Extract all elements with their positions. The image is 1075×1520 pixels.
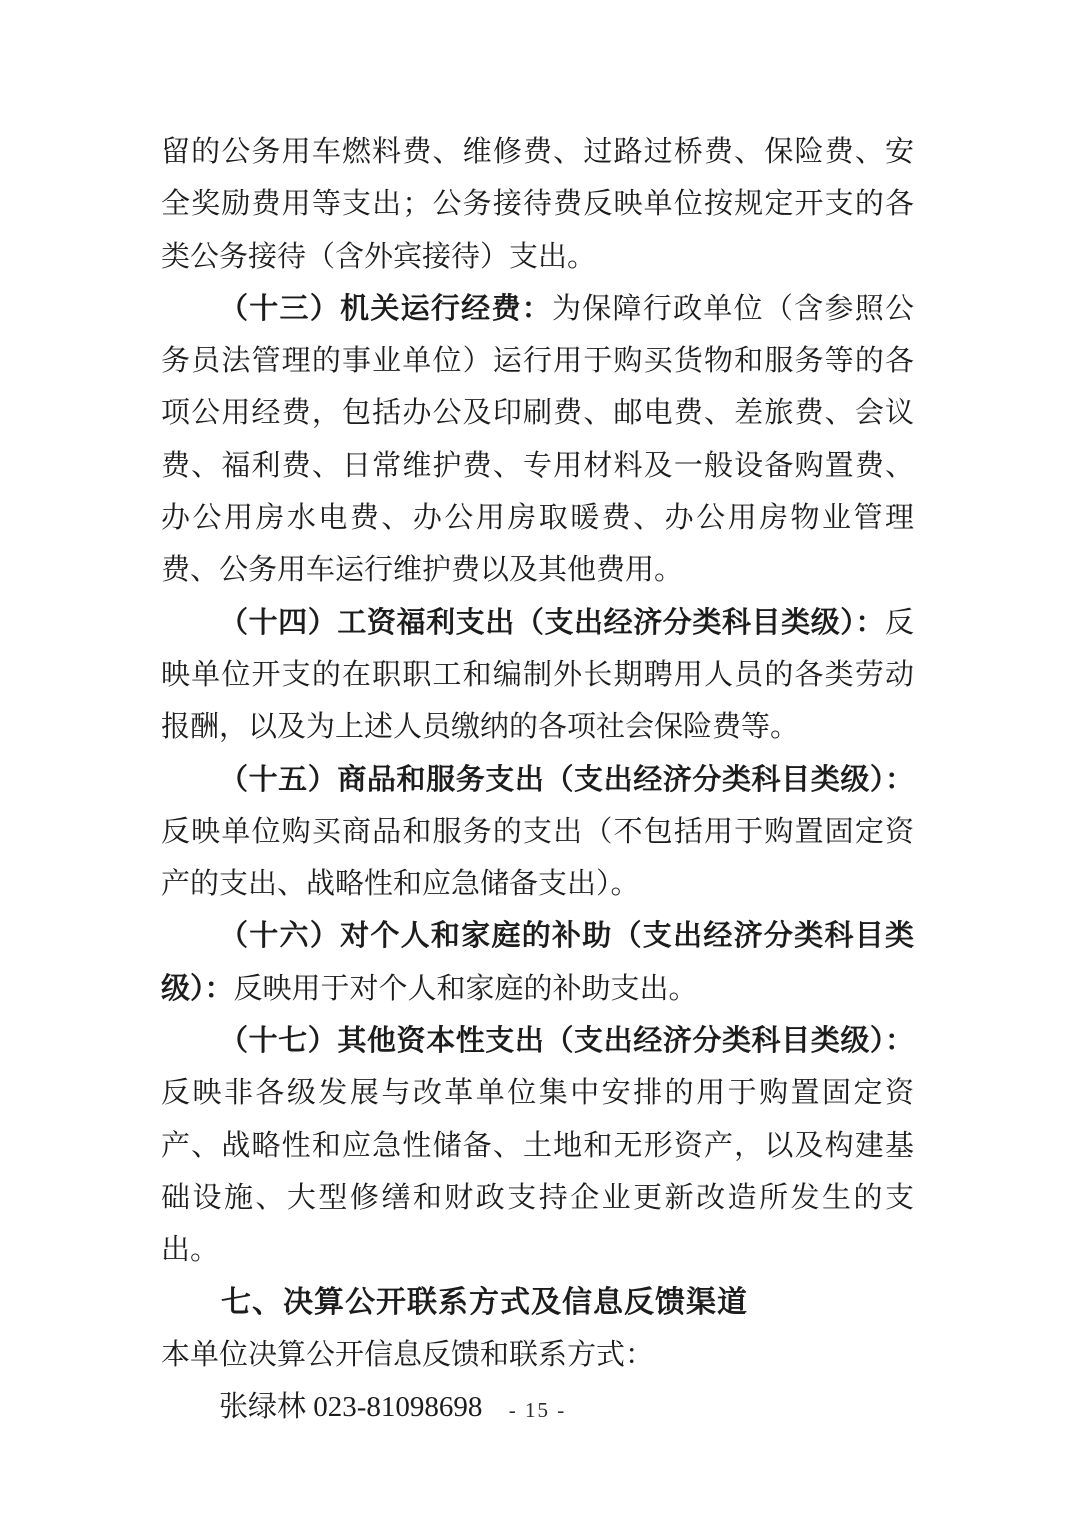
text-run: 反映单位购买商品和服务的支出（不包括用于购置固定资产的支出、战略性和应急储备支出… <box>161 816 914 900</box>
text-run: 七、决算公开联系方式及信息反馈渠道 <box>221 1286 748 1319</box>
page-footer: - 15 - <box>0 1398 1075 1423</box>
text-run: 为保障行政单位（含参照公务员法管理的事业单位）运行用于购买货物和服务等的各项公用… <box>161 293 914 586</box>
text-run: （十七）其他资本性支出（支出经济分类科目类级）： <box>219 1025 914 1057</box>
document-body: 留的公务用车燃料费、维修费、过路过桥费、保险费、安全奖励费用等支出；公务接待费反… <box>161 126 914 1433</box>
text-run: （十四）工资福利支出（支出经济分类科目类级）： <box>219 607 885 639</box>
para-item-17-other-capital-expenditure: （十七）其他资本性支出（支出经济分类科目类级）：反映非各级发展与改革单位集中安排… <box>161 1015 914 1276</box>
text-run: 反映用于对个人和家庭的补助支出。 <box>234 973 698 1005</box>
text-run: 反映非各级发展与改革单位集中安排的用于购置固定资产、战略性和应急性储备、土地和无… <box>161 1077 914 1266</box>
page-number: - 15 - <box>509 1398 567 1422</box>
para-carryover-vehicle-reception: 留的公务用车燃料费、维修费、过路过桥费、保险费、安全奖励费用等支出；公务接待费反… <box>161 126 914 283</box>
text-run: 留的公务用车燃料费、维修费、过路过桥费、保险费、安全奖励费用等支出；公务接待费反… <box>161 136 914 273</box>
document-page: 留的公务用车燃料费、维修费、过路过桥费、保险费、安全奖励费用等支出；公务接待费反… <box>0 0 1075 1520</box>
para-item-15-goods-services: （十五）商品和服务支出（支出经济分类科目类级）：反映单位购买商品和服务的支出（不… <box>161 754 914 911</box>
text-run: （十五）商品和服务支出（支出经济分类科目类级）： <box>219 764 914 796</box>
para-item-16-subsidies-individuals-families: （十六）对个人和家庭的补助（支出经济分类科目类级）：反映用于对个人和家庭的补助支… <box>161 910 914 1015</box>
text-run: （十三）机关运行经费： <box>219 293 552 325</box>
text-run: 本单位决算公开信息反馈和联系方式： <box>161 1339 654 1371</box>
section-heading-7-contact-feedback: 七、决算公开联系方式及信息反馈渠道 <box>161 1277 914 1329</box>
para-contact-intro: 本单位决算公开信息反馈和联系方式： <box>161 1329 914 1381</box>
para-item-14-wages-welfare: （十四）工资福利支出（支出经济分类科目类级）：反映单位开支的在职职工和编制外长期… <box>161 597 914 754</box>
para-item-13-agency-operating-funds: （十三）机关运行经费：为保障行政单位（含参照公务员法管理的事业单位）运行用于购买… <box>161 283 914 597</box>
